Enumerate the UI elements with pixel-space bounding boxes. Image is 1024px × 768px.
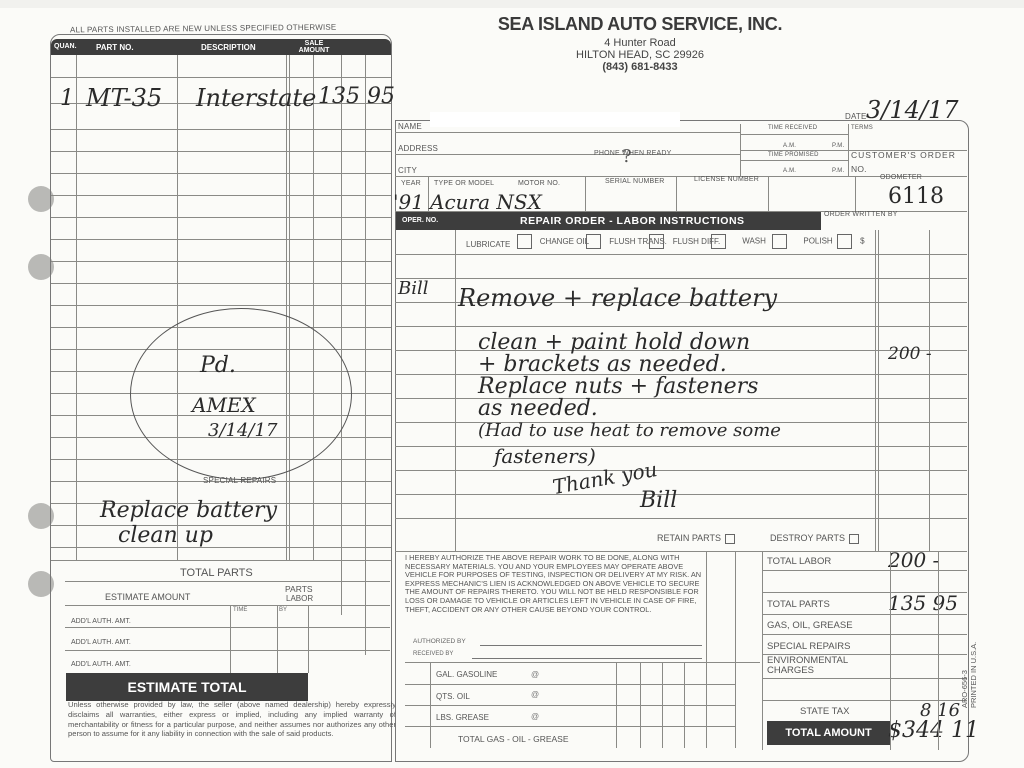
instruction-line-6: (Had to use heat to remove some xyxy=(478,420,781,441)
service-flush-trans-checkbox[interactable] xyxy=(649,234,664,249)
warranty-disclaimer: Unless otherwise provided by law, the se… xyxy=(68,700,396,739)
form-code: ARO-656-3 PRINTED IN U.S.A. xyxy=(960,642,978,708)
technician-signature: Bill xyxy=(640,488,677,513)
authorized-by-line[interactable] xyxy=(480,645,702,646)
terms-label: TERMS xyxy=(851,125,873,131)
special-repairs-total-label: SPECIAL REPAIRS xyxy=(767,641,850,652)
business-address-2: HILTON HEAD, SC 29926 xyxy=(470,49,810,61)
time-promised-label: TIME PROMISED xyxy=(768,152,819,158)
motor-label: MOTOR NO. xyxy=(518,180,560,187)
part-row-part-no: MT-35 xyxy=(86,84,162,112)
repair-order-bar: OPER. NO. REPAIR ORDER - LABOR INSTRUCTI… xyxy=(396,212,821,230)
estimate-parts-label: PARTS xyxy=(285,584,313,594)
address-label: ADDRESS xyxy=(398,144,438,153)
service-flush-trans-label: FLUSH TRANS. xyxy=(609,238,643,246)
total-parts-label: TOTAL PARTS xyxy=(767,599,830,610)
service-wash-checkbox[interactable] xyxy=(772,234,787,249)
total-parts-value: 135 95 xyxy=(888,591,958,615)
retain-parts-label: RETAIN PARTS xyxy=(657,533,721,543)
retain-parts-checkbox[interactable] xyxy=(725,534,735,544)
service-options: LUBRICATE CHANGE OIL FLUSH TRANS. FLUSH … xyxy=(466,234,865,249)
special-repairs-label: SPECIAL REPAIRS xyxy=(203,476,276,485)
payment-note-paid: Pd. xyxy=(200,353,236,378)
gasoline-label: GAL. GASOLINE xyxy=(436,670,497,679)
repair-order-form: SEA ISLAND AUTO SERVICE, INC. 4 Hunter R… xyxy=(0,8,1024,768)
special-repairs-note-1: Replace battery xyxy=(100,498,277,523)
service-polish-checkbox[interactable] xyxy=(837,234,852,249)
received-by-label: RECEIVED BY xyxy=(413,651,453,657)
payment-note-method: AMEX xyxy=(192,393,256,417)
total-amount-label: TOTAL AMOUNT xyxy=(767,721,890,745)
am-label-2: A.M. xyxy=(783,168,796,174)
pm-label-2: P.M. xyxy=(832,168,844,174)
estimate-amount-label: ESTIMATE AMOUNT xyxy=(105,592,190,602)
repair-order-title: REPAIR ORDER - LABOR INSTRUCTIONS xyxy=(520,215,745,227)
service-wash-label: WASH xyxy=(742,237,766,246)
service-change-oil-label: CHANGE OIL xyxy=(540,238,580,246)
service-flush-diff-label: FLUSH DIFF. xyxy=(673,238,705,246)
instruction-line-1: Remove + replace battery xyxy=(458,284,777,312)
estimate-total-bar: ESTIMATE TOTAL xyxy=(66,673,308,701)
oil-at: @ xyxy=(531,690,539,699)
phone-when-ready-label: PHONE WHEN READY xyxy=(594,150,620,157)
order-written-by-label: ORDER WRITTEN BY xyxy=(824,211,868,218)
form-code-number: ARO-656-3 xyxy=(960,642,969,708)
destroy-parts-checkbox[interactable] xyxy=(849,534,859,544)
addl-auth-label-2: ADD'L AUTH. AMT. xyxy=(71,639,131,646)
printed-in-label: PRINTED IN U.S.A. xyxy=(969,642,978,708)
license-label: LICENSE NUMBER xyxy=(694,176,759,183)
oil-label: QTS. OIL xyxy=(436,692,470,701)
authorization-text: I HEREBY AUTHORIZE THE ABOVE REPAIR WORK… xyxy=(405,554,705,614)
dollar-label: $ xyxy=(860,237,864,246)
parts-notice: ALL PARTS INSTALLED ARE NEW UNLESS SPECI… xyxy=(70,23,337,35)
header-description: DESCRIPTION xyxy=(201,43,256,52)
parts-header-bar: QUAN. PART NO. DESCRIPTION SALE AMOUNT xyxy=(51,39,391,55)
auth-time-label: TIME xyxy=(233,607,247,613)
grease-at: @ xyxy=(531,712,539,721)
addl-auth-label-1: ADD'L AUTH. AMT. xyxy=(71,618,131,625)
environmental-label-2: CHARGES xyxy=(767,666,848,676)
date-label: DATE xyxy=(845,112,867,121)
auth-by-label: BY xyxy=(279,607,287,613)
addl-auth-label-3: ADD'L AUTH. AMT. xyxy=(71,661,131,668)
customer-order-label: CUSTOMER'S ORDER xyxy=(851,150,956,160)
service-polish-label: POLISH xyxy=(803,237,832,246)
city-label: CITY xyxy=(398,166,417,175)
service-change-oil-checkbox[interactable] xyxy=(586,234,601,249)
total-labor-label: TOTAL LABOR xyxy=(767,556,831,567)
header-part-no: PART NO. xyxy=(96,43,134,52)
odometer-value: 6118 xyxy=(888,184,944,209)
authorized-by-label: AUTHORIZED BY xyxy=(413,638,466,645)
environmental-charges-label: ENVIRONMENTAL CHARGES xyxy=(767,656,848,676)
gasoline-at: @ xyxy=(531,670,539,679)
instruction-line-7: fasteners) xyxy=(494,444,596,468)
year-label: YEAR xyxy=(401,180,421,187)
name-label: NAME xyxy=(398,122,422,131)
header-quantity: QUAN. xyxy=(54,43,77,50)
am-label-1: A.M. xyxy=(783,143,796,149)
part-row-sale-amount: 135 95 xyxy=(318,84,395,109)
name-value-redacted xyxy=(430,112,680,127)
header-sale-amount: SALE AMOUNT xyxy=(289,40,339,54)
payment-note-date: 3/14/17 xyxy=(208,420,277,441)
business-phone: (843) 681-8433 xyxy=(470,61,810,73)
service-flush-diff-checkbox[interactable] xyxy=(711,234,726,249)
total-gas-oil-grease-label: TOTAL GAS - OIL - GREASE xyxy=(458,734,569,744)
part-row-description: Interstate xyxy=(196,84,316,112)
labor-amount: 200 - xyxy=(888,344,932,364)
technician-name: Bill xyxy=(398,278,429,299)
retain-parts-option[interactable]: RETAIN PARTS xyxy=(657,533,735,544)
gas-oil-grease-label: GAS, OIL, GREASE xyxy=(767,620,853,631)
serial-label: SERIAL NUMBER xyxy=(605,178,665,185)
destroy-parts-label: DESTROY PARTS xyxy=(770,533,845,543)
pm-label-1: P.M. xyxy=(832,143,844,149)
total-labor-value: 200 - xyxy=(888,548,939,572)
special-repairs-note-2: clean up xyxy=(118,523,213,548)
service-lubricate-label: LUBRICATE xyxy=(466,240,510,249)
business-header: SEA ISLAND AUTO SERVICE, INC. 4 Hunter R… xyxy=(470,14,810,73)
total-parts-left-label: TOTAL PARTS xyxy=(180,567,253,579)
model-label: TYPE OR MODEL xyxy=(434,180,494,187)
estimate-labor-label: LABOR xyxy=(286,594,313,603)
business-address-1: 4 Hunter Road xyxy=(470,37,810,49)
instruction-line-5: as needed. xyxy=(478,396,598,421)
grease-label: LBS. GREASE xyxy=(436,713,489,722)
total-amount-value: $344 11 xyxy=(888,718,979,743)
time-received-label: TIME RECEIVED xyxy=(768,125,817,131)
business-name: SEA ISLAND AUTO SERVICE, INC. xyxy=(470,14,810,35)
customer-order-no-label: NO. xyxy=(851,164,867,174)
received-by-line[interactable] xyxy=(472,658,702,659)
state-tax-label: STATE TAX xyxy=(800,706,849,717)
phone-when-ready-value: ? xyxy=(622,146,632,167)
part-row-quantity: 1 xyxy=(60,86,74,111)
date-value: 3/14/17 xyxy=(866,96,959,124)
odometer-label: ODOMETER xyxy=(880,174,922,181)
oper-no-label: OPER. NO. xyxy=(402,217,438,224)
destroy-parts-option[interactable]: DESTROY PARTS xyxy=(770,533,859,544)
service-lubricate-checkbox[interactable] xyxy=(517,234,532,249)
